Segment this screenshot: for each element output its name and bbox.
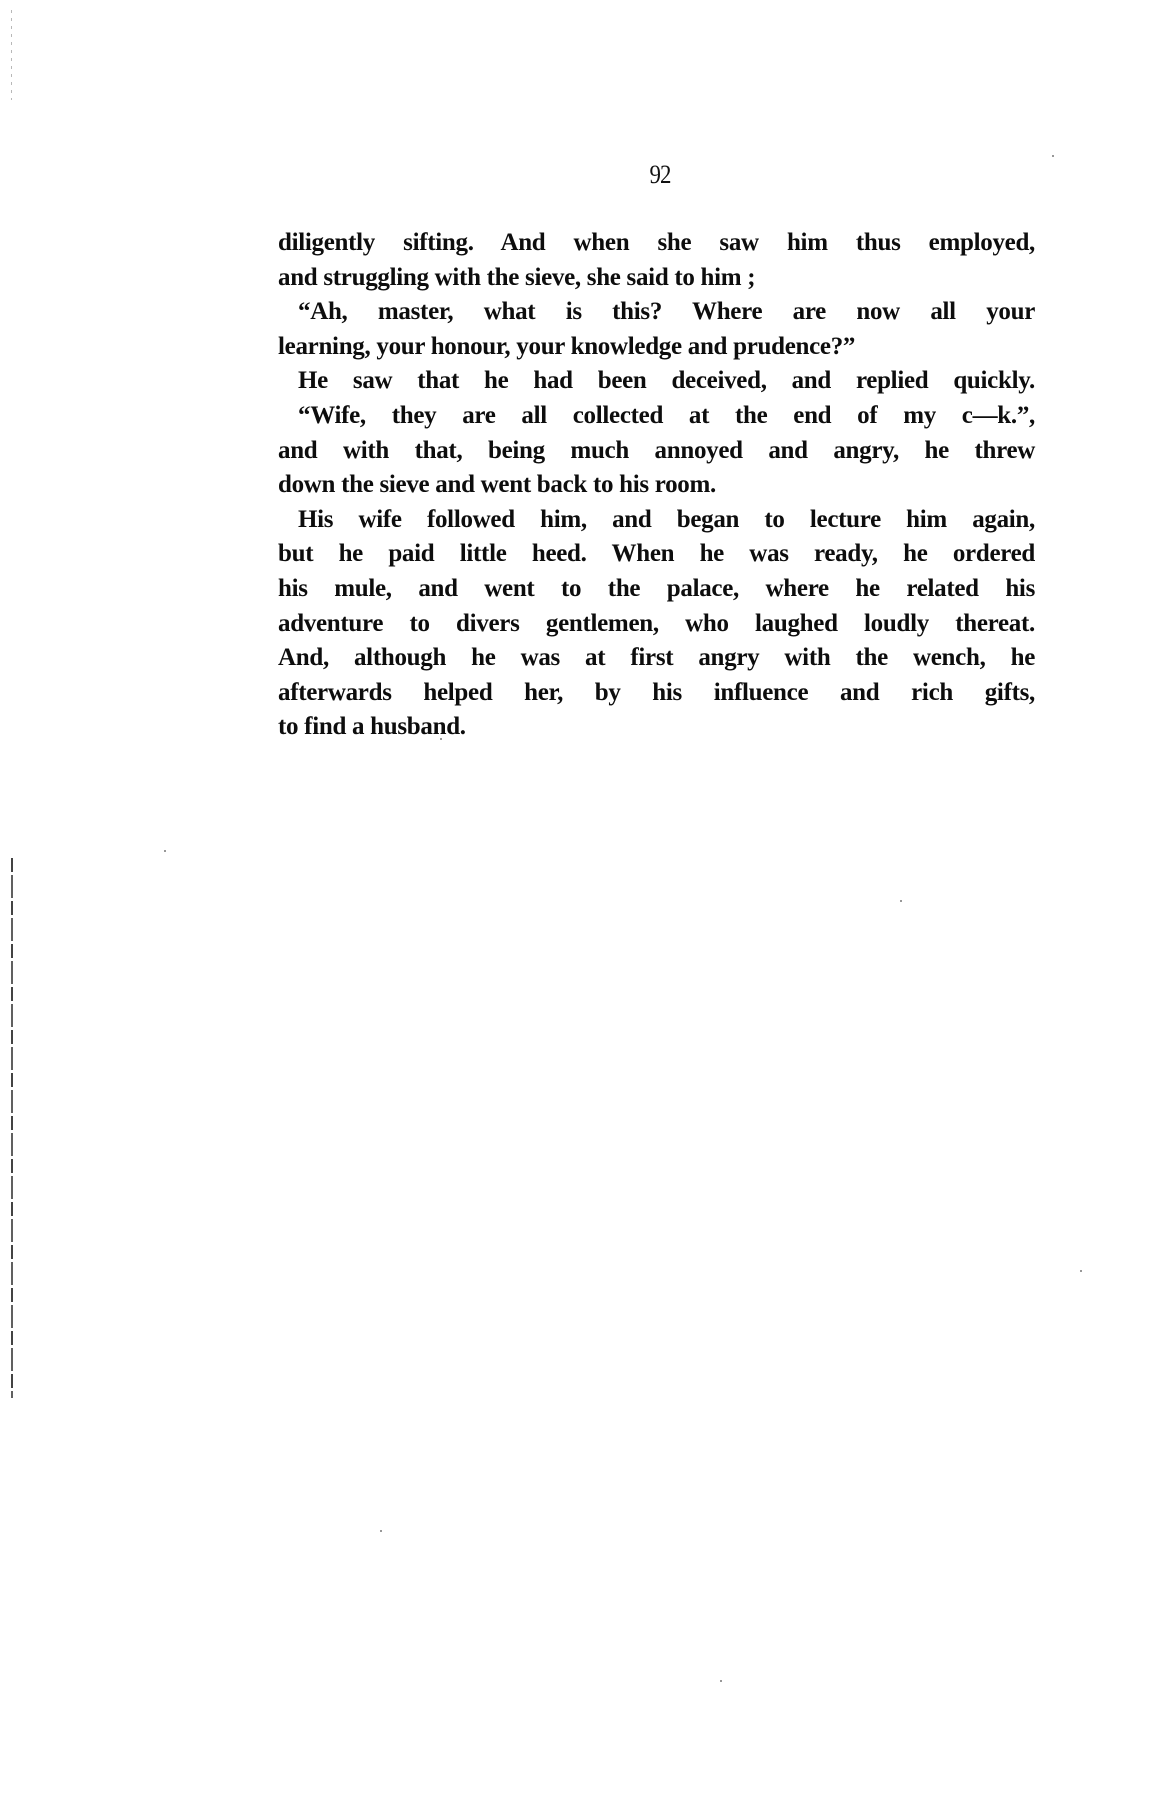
text-line: to find a husband. <box>278 710 1035 745</box>
scan-speck <box>720 1680 722 1682</box>
scan-speck <box>440 738 442 740</box>
text-line: diligently sifting. And when she saw him… <box>278 226 1035 261</box>
text-line: afterwards helped her, by his influence … <box>278 676 1035 711</box>
text-line: His wife followed him, and began to lect… <box>278 503 1035 538</box>
scan-speck <box>900 900 902 902</box>
text-line: And, although he was at first angry with… <box>278 641 1035 676</box>
text-line: and struggling with the sieve, she said … <box>278 261 1035 296</box>
text-line: adventure to divers gentlemen, who laugh… <box>278 607 1035 642</box>
text-line: He saw that he had been deceived, and re… <box>278 364 1035 399</box>
text-line: his mule, and went to the palace, where … <box>278 572 1035 607</box>
text-line: and with that, being much annoyed and an… <box>278 434 1035 469</box>
scan-edge-artifact-top <box>11 10 12 100</box>
scanned-book-page: 92 diligently sifting. And when she saw … <box>0 0 1151 1793</box>
text-line: “Wife, they are all collected at the end… <box>278 399 1035 434</box>
scan-speck <box>380 1530 382 1532</box>
text-line: learning, your honour, your knowledge an… <box>278 330 1035 365</box>
body-text: diligently sifting. And when she saw him… <box>278 226 1035 745</box>
text-line: but he paid little heed. When he was rea… <box>278 537 1035 572</box>
text-line: “Ah, master, what is this? Where are now… <box>278 295 1035 330</box>
scan-speck <box>164 850 166 852</box>
page-number: 92 <box>616 160 704 190</box>
scan-speck <box>1052 155 1054 157</box>
scan-speck <box>1080 1270 1082 1272</box>
text-line: down the sieve and went back to his room… <box>278 468 1035 503</box>
scan-edge-artifact <box>11 858 13 1398</box>
